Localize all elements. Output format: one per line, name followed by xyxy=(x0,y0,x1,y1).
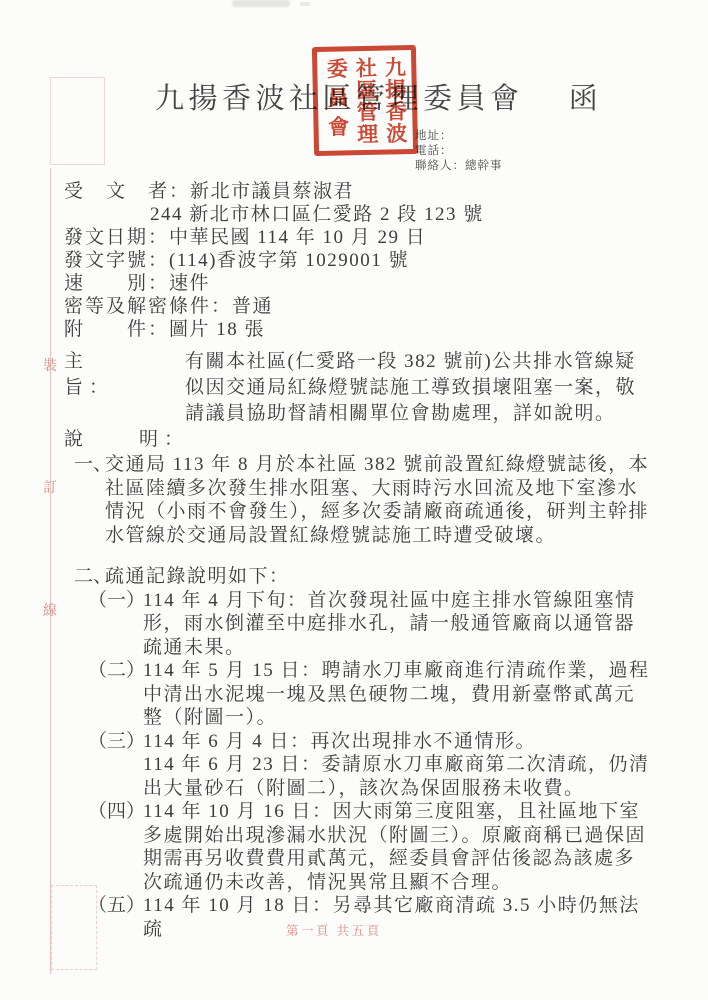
subject-block: 主 旨： 有關本社區(仁愛路一段 382 號前)公共排水管線疑似因交通局紅綠燈號… xyxy=(64,349,650,427)
subitem-line: 114 年 10 月 18 日：另尋其它廠商清疏 3.5 小時仍無法疏 xyxy=(143,895,640,940)
scan-smudge-artifact xyxy=(232,0,290,7)
subitem-marker: （二） xyxy=(88,659,143,730)
subitem-text: 114 年 6 月 4 日：再次出現排水不通情形。 114 年 6 月 23 日… xyxy=(143,730,650,801)
doc-number: (114)香波字第 1029001 號 xyxy=(169,250,409,271)
subject-label: 主 旨： xyxy=(64,349,185,427)
subitem-1: （一） 114 年 4 月下旬：首次發現社區中庭主排水管線阻塞情形，雨水倒灌至中… xyxy=(64,589,650,660)
subitem-text: 114 年 10 月 18 日：另尋其它廠商清疏 3.5 小時仍無法疏 xyxy=(143,894,650,941)
document-type-label: 函 xyxy=(569,83,598,115)
subitem-line: 114 年 6 月 4 日：再次出現排水不通情形。 xyxy=(143,730,650,754)
meta-row-date: 發文日期：中華民國 114 年 10 月 29 日 xyxy=(64,226,650,249)
binding-line xyxy=(50,168,51,974)
section-text: 疏通記錄說明如下： xyxy=(105,565,650,589)
subitem-text: 114 年 5 月 15 日：聘請水刀車廠商進行清疏作業，過程中清出水泥塊一塊及… xyxy=(143,659,650,730)
section-item-1: 一、 交通局 113 年 8 月於本社區 382 號前設置紅綠燈號誌後，本社區陸… xyxy=(64,453,650,547)
subitem-marker: （四） xyxy=(88,800,143,894)
binding-mark-zhuang: 裝 xyxy=(43,360,57,374)
section-number: 一、 xyxy=(74,453,105,547)
scan-smudge-artifact xyxy=(300,2,310,6)
meta-label: 發文字號： xyxy=(64,250,169,271)
recipient-name: 新北市議員蔡淑君 xyxy=(190,181,354,202)
subject-text: 有關本社區(仁愛路一段 382 號前)公共排水管線疑似因交通局紅綠燈號誌施工導致… xyxy=(185,349,650,427)
subitem-line: 114 年 10 月 16 日：因大雨第三度阻塞，且社區地下室多處開始出現滲漏水… xyxy=(143,801,646,893)
contact-block: 地址： 電話： 聯絡人：總幹事 xyxy=(415,129,503,174)
section-number: 二、 xyxy=(74,565,105,589)
subitem-marker: （一） xyxy=(88,589,143,660)
contact-person: 聯絡人：總幹事 xyxy=(415,159,503,174)
meta-label: 發文日期： xyxy=(64,227,169,248)
section-item-2: 二、 疏通記錄說明如下： xyxy=(64,565,650,589)
subitem-marker: （三） xyxy=(88,730,143,801)
speed-class: 速件 xyxy=(169,273,210,294)
meta-label: 附 件： xyxy=(64,319,169,340)
description-label: 說 明： xyxy=(64,427,650,453)
subitem-4: （四） 114 年 10 月 16 日：因大雨第三度阻塞，且社區地下室多處開始出… xyxy=(64,800,650,894)
binding-mark-xian: 線 xyxy=(43,605,57,619)
meta-row-recipient: 受 文 者：新北市議員蔡淑君 xyxy=(64,180,650,203)
issue-date: 中華民國 114 年 10 月 29 日 xyxy=(169,227,426,248)
faint-stamp-box xyxy=(50,77,105,165)
letter-body: 受 文 者：新北市議員蔡淑君 244 新北市林口區仁愛路 2 段 123 號 發… xyxy=(64,180,650,941)
subitem-text: 114 年 4 月下旬：首次發現社區中庭主排水管線阻塞情形，雨水倒灌至中庭排水孔… xyxy=(143,589,650,660)
meta-row-attachment: 附 件：圖片 18 張 xyxy=(64,318,650,341)
meta-row-doc-number: 發文字號：(114)香波字第 1029001 號 xyxy=(64,249,650,272)
recipient-address: 244 新北市林口區仁愛路 2 段 123 號 xyxy=(64,203,650,226)
contact-address: 地址： xyxy=(415,129,503,144)
meta-label: 受 文 者： xyxy=(64,181,190,202)
security-class: 普通 xyxy=(232,296,273,317)
subitem-line: 114 年 5 月 15 日：聘請水刀車廠商進行清疏作業，過程中清出水泥塊一塊及… xyxy=(143,660,650,728)
seal-column: 委員會 xyxy=(321,55,352,147)
subitem-line: 114 年 4 月下旬：首次發現社區中庭主排水管線阻塞情形，雨水倒灌至中庭排水孔… xyxy=(143,590,636,658)
subitem-text: 114 年 10 月 16 日：因大雨第三度阻塞，且社區地下室多處開始出現滲漏水… xyxy=(143,800,650,894)
seal-column: 九揚香波 xyxy=(379,54,410,146)
seal-column: 社區管理 xyxy=(350,55,381,147)
contact-phone: 電話： xyxy=(415,144,503,159)
page-footer: 第一頁 共五頁 xyxy=(286,921,382,939)
section-text: 交通局 113 年 8 月於本社區 382 號前設置紅綠燈號誌後，本社區陸續多次… xyxy=(105,453,650,547)
subitem-3: （三） 114 年 6 月 4 日：再次出現排水不通情形。 114 年 6 月 … xyxy=(64,730,650,801)
meta-block: 受 文 者：新北市議員蔡淑君 244 新北市林口區仁愛路 2 段 123 號 發… xyxy=(64,180,650,341)
meta-label: 速 別： xyxy=(64,273,169,294)
subitem-marker: （五） xyxy=(88,894,143,941)
scanned-letter-page: 裝 訂 線 九揚香波社區管理委員會 函 九揚香波 社區管理 委員會 地址： 電話… xyxy=(0,0,708,1000)
meta-row-security: 密等及解密條件：普通 xyxy=(64,295,650,318)
meta-label: 密等及解密條件： xyxy=(64,296,232,317)
binding-mark-ding: 訂 xyxy=(43,482,57,496)
subitem-2: （二） 114 年 5 月 15 日：聘請水刀車廠商進行清疏作業，過程中清出水泥… xyxy=(64,659,650,730)
subitem-line: 114 年 6 月 23 日：委請原水刀車廠商第二次清疏，仍清出大量砂石（附圖二… xyxy=(143,753,650,800)
meta-row-speed: 速 別：速件 xyxy=(64,272,650,295)
attachment-info: 圖片 18 張 xyxy=(169,319,265,340)
organization-seal-stamp: 九揚香波 社區管理 委員會 xyxy=(312,45,418,156)
